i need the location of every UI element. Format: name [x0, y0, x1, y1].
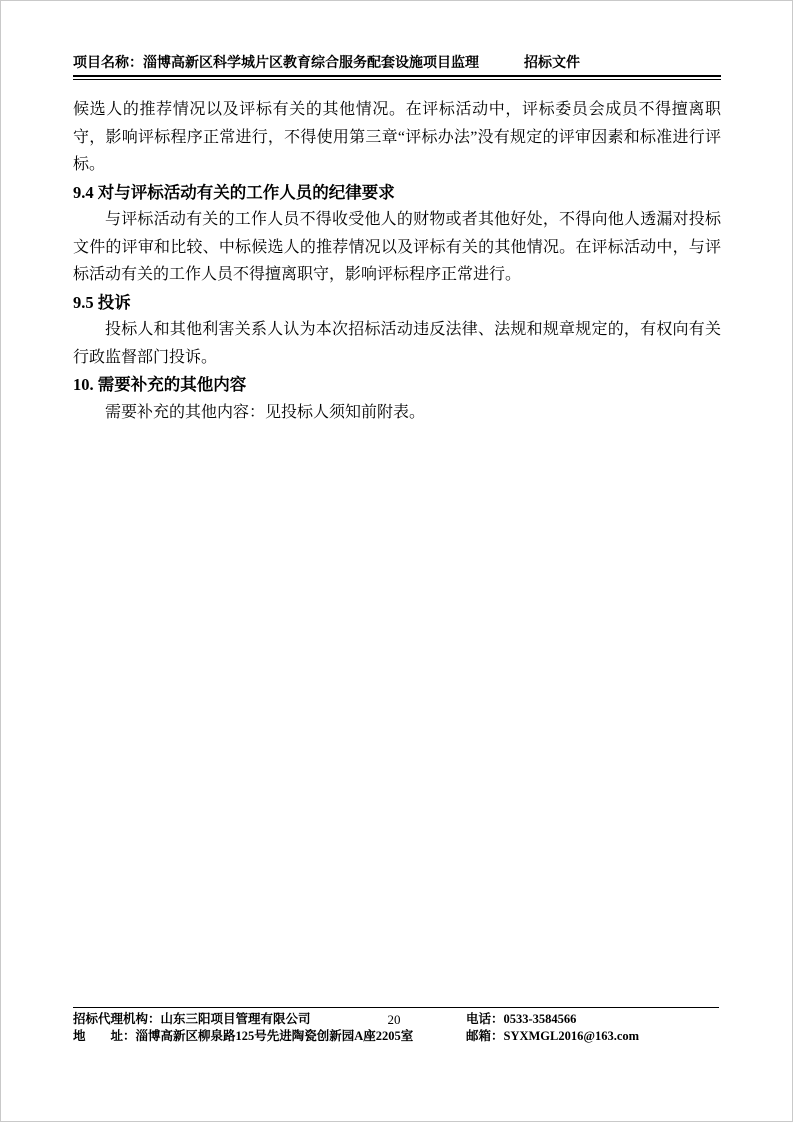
- header-project-name: 项目名称：淄博高新区科学城片区教育综合服务配套设施项目监理: [73, 56, 479, 71]
- paragraph-9-4: 与评标活动有关的工作人员不得收受他人的财物或者其他好处，不得向他人透漏对投标文件…: [73, 206, 721, 289]
- paragraph-continuation: 候选人的推荐情况以及评标有关的其他情况。在评标活动中，评标委员会成员不得擅离职守…: [73, 96, 721, 179]
- page-footer: 招标代理机构：山东三阳项目管理有限公司 20 电话：0533-3584566 地…: [73, 1011, 719, 1051]
- document-body: 候选人的推荐情况以及评标有关的其他情况。在评标活动中，评标委员会成员不得擅离职守…: [73, 96, 721, 426]
- footer-page-number: 20: [376, 1011, 412, 1028]
- document-page: 项目名称：淄博高新区科学城片区教育综合服务配套设施项目监理 招标文件 候选人的推…: [0, 0, 793, 1122]
- paragraph-9-5: 投标人和其他利害关系人认为本次招标活动违反法律、法规和规章规定的，有权向有关行政…: [73, 316, 721, 371]
- header-doc-type-label: 招标文件: [524, 55, 580, 73]
- section-heading-10: 10. 需要补充的其他内容: [73, 371, 721, 399]
- footer-divider-rule: [73, 1007, 719, 1008]
- footer-address: 地 址：淄博高新区柳泉路125号先进陶瓷创新园A座2205室: [73, 1028, 413, 1045]
- page-header: 项目名称：淄博高新区科学城片区教育综合服务配套设施项目监理 招标文件: [73, 55, 721, 73]
- section-heading-9-4: 9.4 对与评标活动有关的工作人员的纪律要求: [73, 179, 721, 207]
- header-divider-rule: [73, 75, 721, 80]
- footer-agency: 招标代理机构：山东三阳项目管理有限公司: [73, 1011, 311, 1028]
- footer-email: 邮箱：SYXMGL2016@163.com: [466, 1028, 639, 1045]
- footer-phone: 电话：0533-3584566: [466, 1011, 576, 1028]
- section-heading-9-5: 9.5 投诉: [73, 289, 721, 317]
- paragraph-10: 需要补充的其他内容：见投标人须知前附表。: [73, 399, 721, 427]
